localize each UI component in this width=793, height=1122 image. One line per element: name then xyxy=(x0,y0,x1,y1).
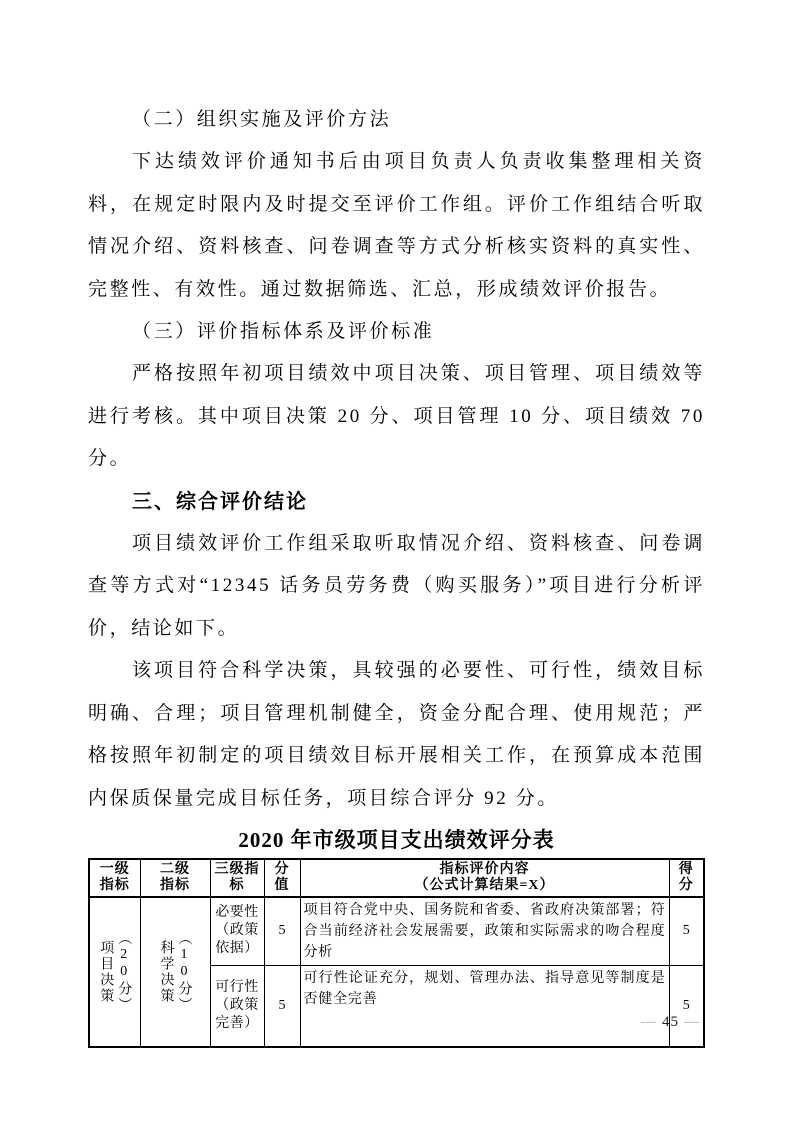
section2-paragraph: 下达绩效评价通知书后由项目负责人负责收集整理相关资料，在规定时限内及时提交至评价… xyxy=(88,141,705,311)
header-level2: 二级 指标 xyxy=(140,859,210,897)
content-cell: 可行性论证充分，规划、管理办法、指导意见等制度是否健全完善 xyxy=(300,965,669,1047)
points-cell: 5 xyxy=(264,897,300,966)
section3-heading: （三）评价指标体系及评价标准 xyxy=(88,311,705,353)
section3-paragraph: 严格按照年初项目绩效中项目决策、项目管理、项目绩效等进行考核。其中项目决策 20… xyxy=(88,353,705,480)
main-heading: 三、综合评价结论 xyxy=(88,481,705,523)
score-cell: 5 xyxy=(669,965,704,1047)
table-row: 项目决策 （20分） 科学决策 （10分） 必要性 （政策 依据） 5 项目符合… xyxy=(89,897,704,966)
header-level1: 一级 指标 xyxy=(89,859,140,897)
header-row: 一级 指标 二级 指标 三级指 标 分 值 指标评价内容 （公式计算结果=X） … xyxy=(89,859,704,897)
page-number-value: 45 xyxy=(662,1014,679,1030)
conclusion-paragraph-2: 该项目符合科学决策，具较强的必要性、可行性，绩效目标明确、合理；项目管理机制健全… xyxy=(88,650,705,820)
header-score: 得 分 xyxy=(669,859,704,897)
score-cell: 5 xyxy=(669,897,704,966)
level2-vertical-text: 科学决策 （10分） xyxy=(144,931,207,1013)
content-cell: 项目符合党中央、国务院和省委、省政府决策部署；符合当前经济社会发展需要，政策和实… xyxy=(300,897,669,966)
level2-points: （10分） xyxy=(176,931,193,1013)
page-number-dash-right: — xyxy=(684,1014,700,1030)
page-number: —45— xyxy=(641,1014,700,1031)
level1-vertical-text: 项目决策 （20分） xyxy=(93,931,137,1013)
header-content: 指标评价内容 （公式计算结果=X） xyxy=(300,859,669,897)
header-level3: 三级指 标 xyxy=(210,859,264,897)
level1-name: 项目决策 xyxy=(97,940,114,1004)
score-table-header: 一级 指标 二级 指标 三级指 标 分 值 指标评价内容 （公式计算结果=X） … xyxy=(89,859,704,897)
conclusion-paragraph-1: 项目绩效评价工作组采取听取情况介绍、资料核查、问卷调查等方式对“12345 话务… xyxy=(88,523,705,650)
level2-name: 科学决策 xyxy=(158,940,175,1004)
level1-points: （20分） xyxy=(115,931,132,1013)
level3-cell: 可行性 （政策 完善） xyxy=(210,965,264,1047)
level1-indicator-cell: 项目决策 （20分） xyxy=(89,897,140,1048)
level3-cell: 必要性 （政策 依据） xyxy=(210,897,264,966)
score-table: 一级 指标 二级 指标 三级指 标 分 值 指标评价内容 （公式计算结果=X） … xyxy=(88,858,705,1049)
header-points: 分 值 xyxy=(264,859,300,897)
points-cell: 5 xyxy=(264,965,300,1047)
section2-heading: （二）组织实施及评价方法 xyxy=(88,99,705,141)
document-page: （二）组织实施及评价方法 下达绩效评价通知书后由项目负责人负责收集整理相关资料，… xyxy=(0,0,793,1122)
table-title: 2020 年市级项目支出绩效评分表 xyxy=(88,822,705,858)
page-number-dash-left: — xyxy=(641,1014,657,1030)
level2-indicator-cell: 科学决策 （10分） xyxy=(140,897,210,1048)
document-body: （二）组织实施及评价方法 下达绩效评价通知书后由项目负责人负责收集整理相关资料，… xyxy=(88,99,705,1048)
